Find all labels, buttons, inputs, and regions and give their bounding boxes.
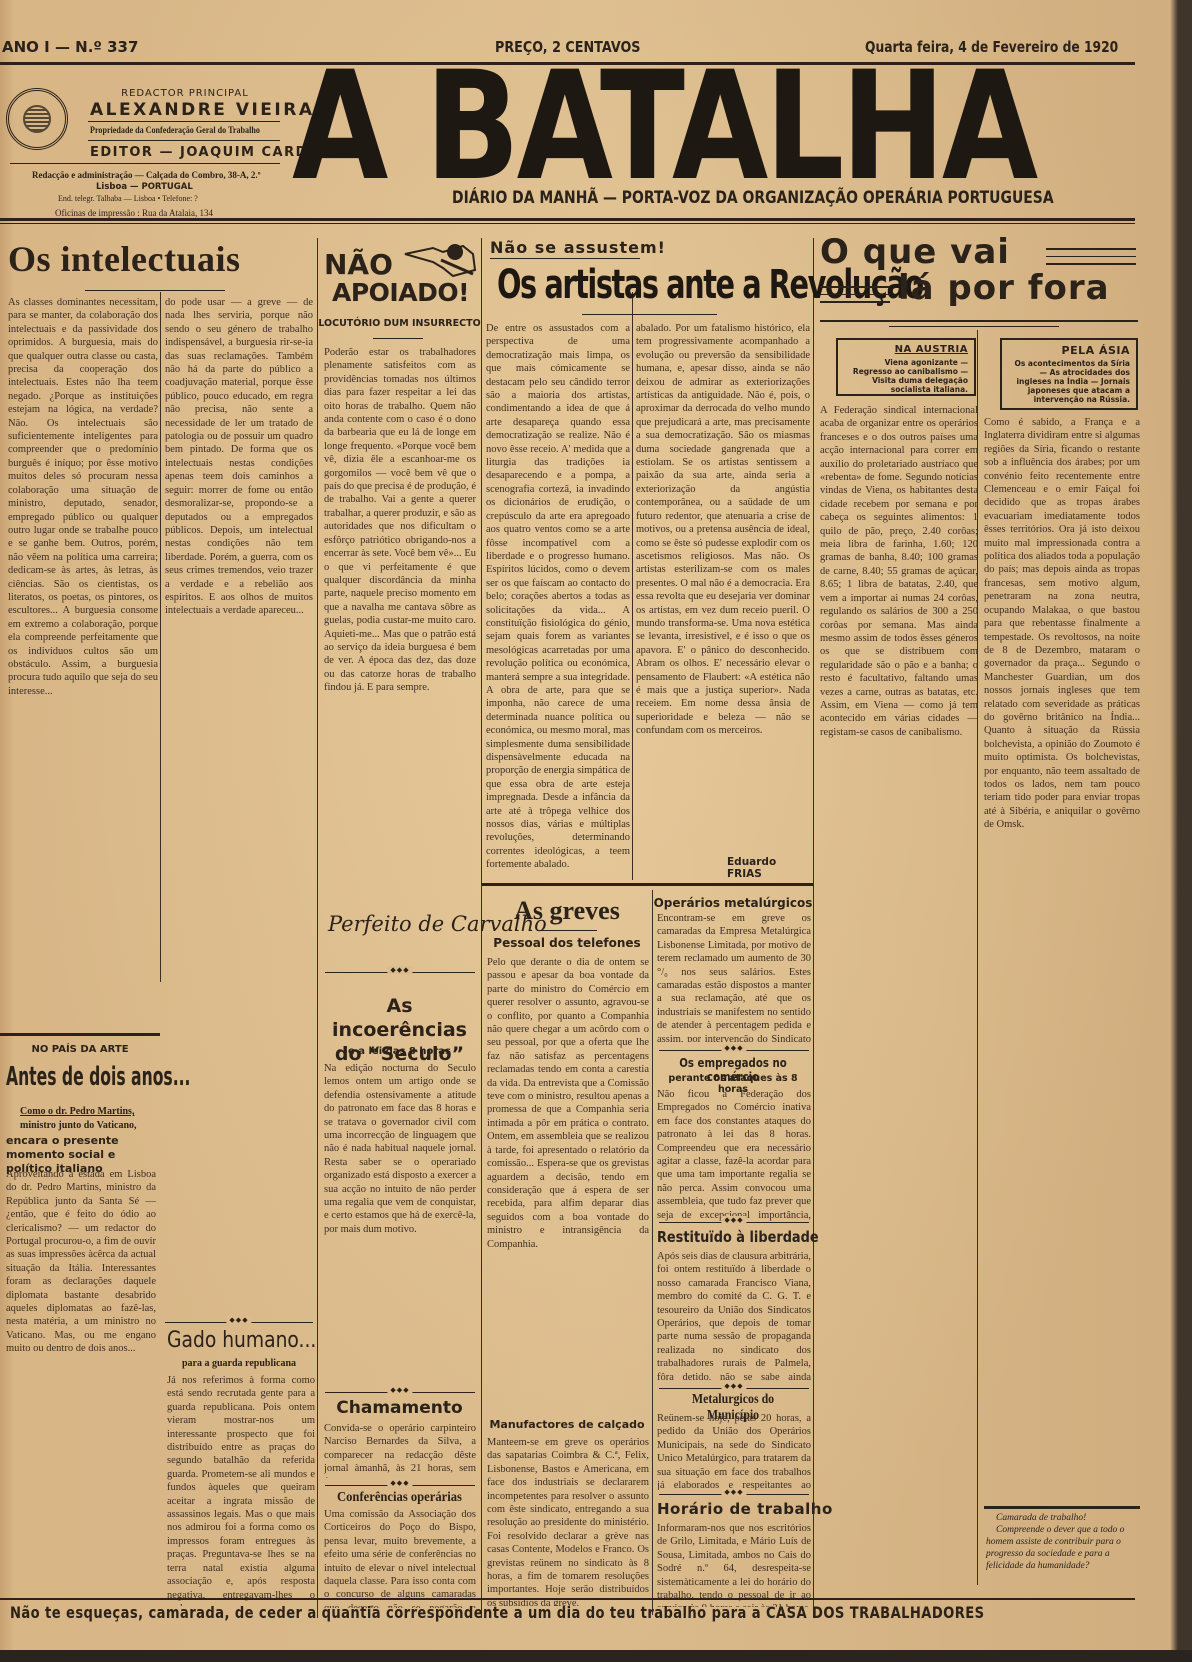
article-pais-da-arte: NO PAÍS DA ARTE Antes de dois anos... Co… bbox=[0, 1036, 160, 1316]
ornament-divider bbox=[659, 1050, 809, 1051]
article-seculo: As incoerências do “Seculo” e a lei das … bbox=[318, 982, 481, 1282]
divider bbox=[490, 258, 640, 259]
appeal-heading: Camarada de trabalho! bbox=[986, 1512, 1140, 1524]
nao-apoiado-title-2: APOIADO! bbox=[332, 278, 469, 307]
subheadline: e a lei das 8 horas bbox=[318, 1046, 481, 1057]
headline: Os intelectuais bbox=[8, 238, 240, 280]
restituido-body: Após seis dias de clausura arbitrária, f… bbox=[657, 1250, 811, 1380]
cgt-seal-icon bbox=[6, 88, 68, 150]
nao-apoiado-subtitle: LOCUTÓRIO DUM INSURRECTO bbox=[318, 318, 481, 329]
divider bbox=[582, 314, 717, 315]
divider bbox=[482, 883, 813, 886]
article-la-fora: O que vai lá por fora NA AUSTRIA Viena a… bbox=[814, 238, 1144, 1588]
article-body-col2: abalado. Por um fatalismo histórico, ela… bbox=[636, 322, 810, 842]
headline: Gado humano... bbox=[167, 1328, 316, 1353]
calcado-headline: Manufactores de calçado bbox=[482, 1418, 652, 1431]
asia-box: PELA ÁSIA Os acontecimentos da Síria — A… bbox=[1000, 338, 1138, 410]
masthead-bottom-rule bbox=[0, 218, 1135, 221]
ornament-divider bbox=[325, 1392, 475, 1393]
conferencias-body: Uma comissão da Associação dos Corticeir… bbox=[324, 1508, 476, 1608]
redactor-label: REDACTOR PRINCIPAL bbox=[90, 88, 280, 99]
divider bbox=[984, 1506, 1140, 1509]
divider bbox=[0, 223, 1135, 224]
divider bbox=[0, 1598, 1135, 1600]
article-nao-apoiado: NÃO APOIADO! LOCUTÓRIO DUM INSURRECTO Po… bbox=[318, 238, 481, 888]
issue-number: ANO I — N.º 337 bbox=[2, 38, 138, 56]
empregados-body: Não ficou a Federação dos Empregados no … bbox=[657, 1088, 811, 1222]
divider bbox=[85, 290, 225, 291]
asia-title: PELA ÁSIA bbox=[1008, 344, 1130, 357]
newspaper-subtitle: DIÁRIO DA MANHÃ — PORTA-VOZ DA ORGANIZAÇ… bbox=[452, 188, 1054, 208]
divider bbox=[820, 286, 890, 288]
printing-line: Oficinas de impressão : Rua da Atalaia, … bbox=[55, 208, 213, 218]
ornament-divider bbox=[659, 1494, 809, 1495]
divider bbox=[1046, 256, 1136, 257]
column-metalurgicos: Operários metalúrgicos Encontram-se em g… bbox=[653, 890, 813, 1610]
article-gado-humano: Gado humano... para a guarda republicana… bbox=[161, 1328, 317, 1608]
article-intelectuais: Os intelectuais As classes dominantes ne… bbox=[0, 238, 317, 983]
article-body-col1: As classes dominantes necessitam, para s… bbox=[8, 296, 158, 976]
byline-1: Como o dr. Pedro Martins, bbox=[20, 1106, 134, 1117]
divider bbox=[88, 140, 280, 141]
pointing-man-illustration-icon bbox=[403, 240, 478, 280]
article-greves: As greves Pessoal dos telefones Pelo que… bbox=[482, 890, 652, 1610]
appeal-text: Compreende o dever que a todo o homem as… bbox=[986, 1524, 1140, 1572]
ornament-divider bbox=[659, 1222, 809, 1223]
byline-2: ministro junto do Vaticano, bbox=[20, 1120, 137, 1131]
municipio-body: Reünem-se hoje, pelas 20 horas, a pedido… bbox=[657, 1412, 811, 1490]
article-artistas: Não se assustem! Os artistas ante a Revo… bbox=[482, 238, 813, 883]
divider bbox=[820, 301, 890, 303]
austria-body: A Federação sindical internacional acaba… bbox=[820, 404, 978, 1584]
horario-headline: Horário de trabalho bbox=[657, 1500, 833, 1518]
newspaper-title: A BATALHA bbox=[292, 52, 1035, 202]
metalurgicos-body: Encontram-se em greve os camaradas da Em… bbox=[657, 912, 811, 1042]
kicker: Não se assustem! bbox=[490, 238, 666, 257]
footer-banner: Não te esqueças, camarada, de ceder a qu… bbox=[10, 1603, 984, 1622]
horario-body: Informaram-nos que nos escritórios de Gr… bbox=[657, 1522, 811, 1607]
headline: As greves bbox=[482, 896, 652, 926]
calcado-body: Manteem-se em greve os operários das sap… bbox=[487, 1436, 649, 1606]
divider bbox=[1046, 248, 1136, 250]
divider bbox=[1046, 263, 1136, 265]
nao-apoiado-title-1: NÃO bbox=[324, 248, 393, 281]
telefones-body: Pelo que derante o dia de ontem se passo… bbox=[487, 956, 649, 1408]
ornament-divider bbox=[325, 1485, 475, 1486]
subheadline: Pessoal dos telefones bbox=[482, 936, 652, 950]
divider bbox=[820, 320, 1138, 322]
austria-title: NA AUSTRIA bbox=[844, 344, 968, 355]
ornament-divider bbox=[325, 972, 475, 973]
telegraph-line: End. telegr. Talhaba — Lisboa • Telefone… bbox=[58, 194, 198, 203]
article-body: Na edição nocturna do Seculo lemos ontem… bbox=[324, 1062, 476, 1287]
chamamento-body: Convida-se o operário carpinteiro Narcis… bbox=[324, 1422, 476, 1478]
ornament-divider bbox=[165, 1322, 313, 1323]
article-body: Já nos referimos à forma como está sendo… bbox=[167, 1374, 315, 1606]
headline: Antes de dois anos... bbox=[6, 1062, 190, 1092]
metalurgicos-headline: Operários metalúrgicos bbox=[653, 896, 813, 910]
article-body: Aproveitando a estada em Lisboa do dr. P… bbox=[6, 1168, 156, 1618]
divider bbox=[820, 294, 890, 295]
headline-line-2: lá por fora bbox=[898, 268, 1110, 308]
newspaper-page: ANO I — N.º 337 PREÇO, 2 CENTAVOS Quarta… bbox=[0, 0, 1192, 1662]
article-body-col1: De entre os assustados com a perspectiva… bbox=[486, 322, 630, 882]
author: Eduardo FRIAS bbox=[727, 856, 813, 880]
address-line: Redacção e administração — Calçada do Co… bbox=[32, 170, 261, 180]
page-edge bbox=[0, 1650, 1192, 1662]
divider bbox=[537, 930, 597, 931]
divider bbox=[373, 338, 423, 339]
asia-body: Como é sabido, a França e a Inglaterra d… bbox=[984, 416, 1140, 1501]
property-line: Propriedade da Confederação Geral do Tra… bbox=[90, 125, 260, 135]
article-body-col2: do pode usar — a greve — de nada lhes se… bbox=[165, 296, 313, 976]
city-line: Lisboa — PORTUGAL bbox=[96, 182, 193, 192]
conferencias-headline: Conferências operárias bbox=[326, 1490, 473, 1506]
restituido-headline: Restituïdo à liberdade bbox=[657, 1228, 819, 1246]
austria-deck: Viena agonizante — Regresso ao canibalis… bbox=[844, 358, 968, 394]
asia-deck: Os acontecimentos da Síria — As atrocida… bbox=[1008, 359, 1130, 404]
redactor-name: ALEXANDRE VIEIRA bbox=[90, 100, 315, 120]
divider bbox=[10, 163, 280, 164]
divider bbox=[889, 326, 1059, 327]
austria-box: NA AUSTRIA Viena agonizante — Regresso a… bbox=[836, 338, 976, 396]
article-body: Poderão estar os trabalhadores plenament… bbox=[324, 346, 476, 906]
chamamento-headline: Chamamento bbox=[318, 1398, 481, 1418]
appeal-box: Camarada de trabalho! Compreende o dever… bbox=[986, 1512, 1140, 1572]
subheadline: para a guarda republicana bbox=[161, 1358, 317, 1369]
kicker: NO PAÍS DA ARTE bbox=[0, 1044, 160, 1055]
ornament-divider bbox=[659, 1388, 809, 1389]
headline-line-1: O que vai bbox=[820, 232, 1010, 272]
divider bbox=[88, 121, 280, 122]
